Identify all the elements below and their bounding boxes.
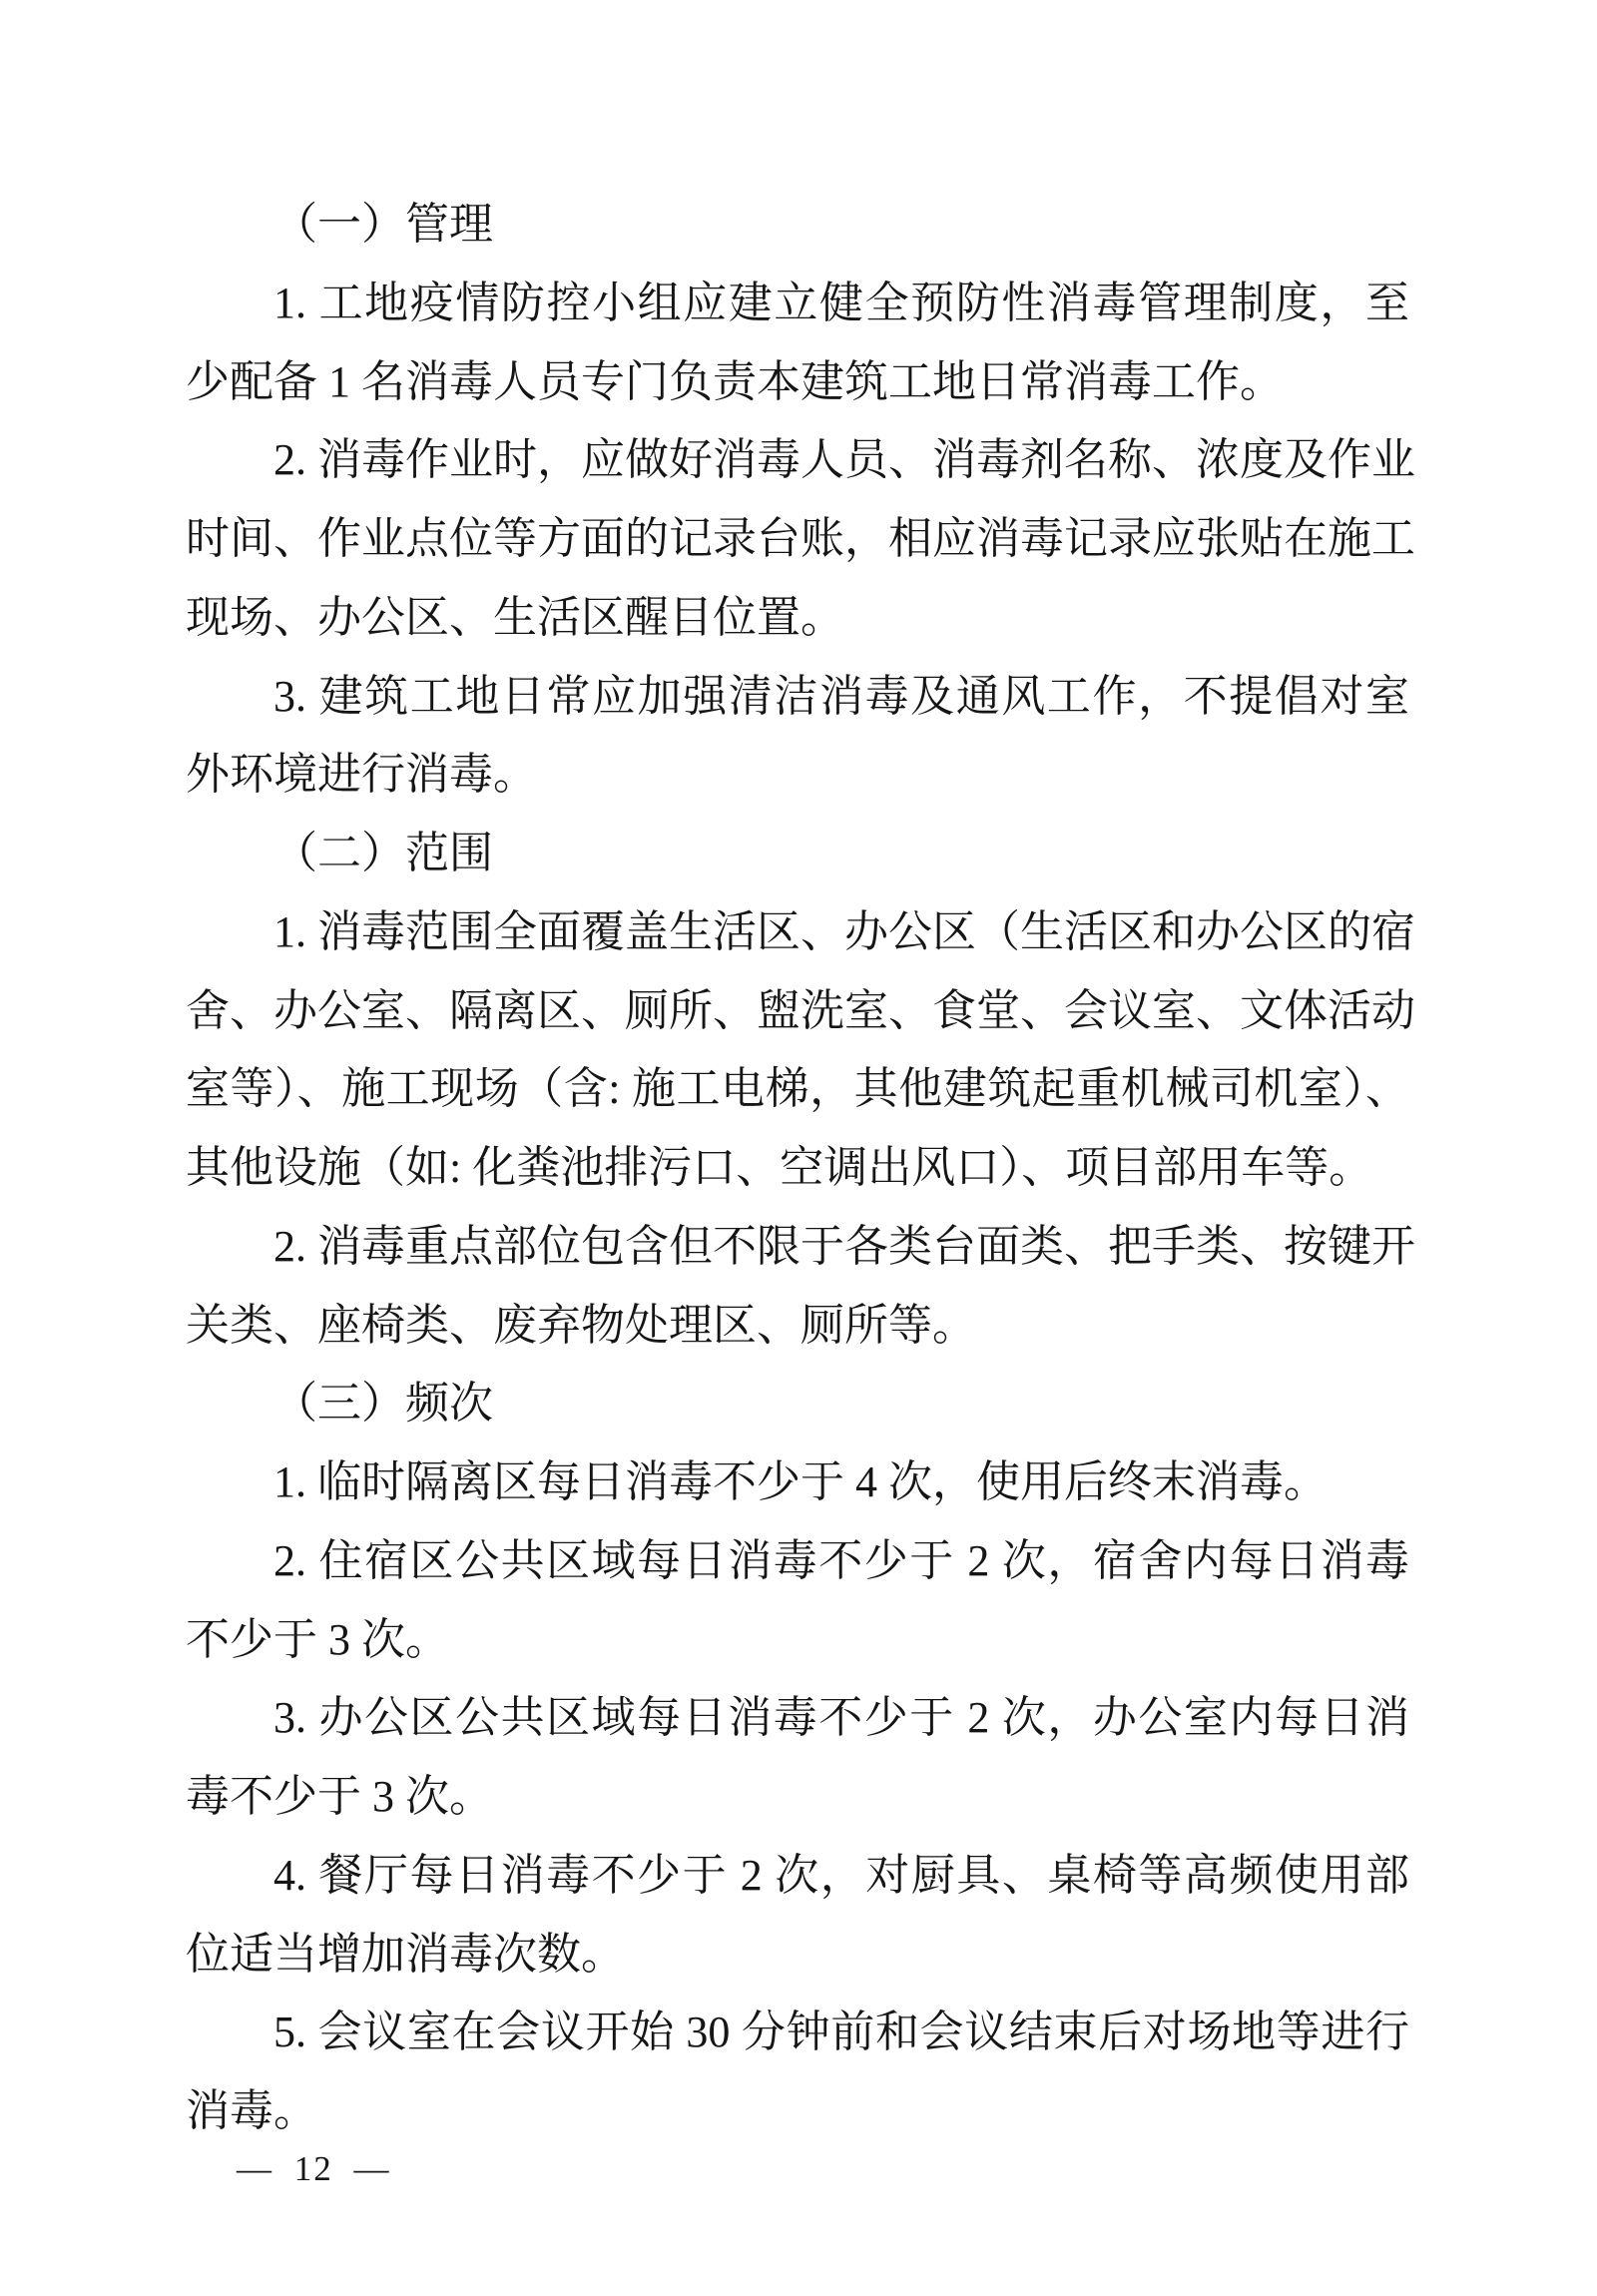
section-heading: （二）范围 [186,815,1409,893]
text-line: 时间、作业点位等方面的记录台账，相应消毒记录应张贴在施工 [186,500,1409,579]
paragraph: 4. 餐厅每日消毒不少于 2 次，对厨具、桌椅等高频使用部位适当增加消毒次数。 [186,1837,1409,1995]
text-line: 外环境进行消毒。 [186,736,1409,815]
text-line: 2. 消毒作业时，应做好消毒人员、消毒剂名称、浓度及作业 [186,421,1409,500]
text-line: 3. 办公区公共区域每日消毒不少于 2 次，办公室内每日消 [186,1679,1409,1758]
paragraph: 5. 会议室在会议开始 30 分钟前和会议结束后对场地等进行消毒。 [186,1994,1409,2151]
paragraph: 1. 临时隔离区每日消毒不少于 4 次，使用后终末消毒。 [186,1443,1409,1522]
text-line: 4. 餐厅每日消毒不少于 2 次，对厨具、桌椅等高频使用部 [186,1837,1409,1916]
paragraph: 3. 办公区公共区域每日消毒不少于 2 次，办公室内每日消毒不少于 3 次。 [186,1679,1409,1837]
text-line: 室等）、施工现场（含: 施工电梯，其他建筑起重机械司机室）、 [186,1050,1409,1129]
text-line: 1. 消毒范围全面覆盖生活区、办公区（生活区和办公区的宿 [186,893,1409,972]
text-line: 舍、办公室、隔离区、厕所、盥洗室、食堂、会议室、文体活动 [186,972,1409,1051]
text-line: 1. 临时隔离区每日消毒不少于 4 次，使用后终末消毒。 [186,1443,1409,1522]
text-line: 2. 消毒重点部位包含但不限于各类台面类、把手类、按键开 [186,1208,1409,1287]
document-content: （一）管理1. 工地疫情防控小组应建立健全预防性消毒管理制度，至少配备 1 名消… [186,186,1409,2151]
paragraph: 3. 建筑工地日常应加强清洁消毒及通风工作，不提倡对室外环境进行消毒。 [186,658,1409,816]
text-line: 2. 住宿区公共区域每日消毒不少于 2 次，宿舍内每日消毒 [186,1522,1409,1601]
text-line: 5. 会议室在会议开始 30 分钟前和会议结束后对场地等进行 [186,1994,1409,2072]
paragraph: 2. 住宿区公共区域每日消毒不少于 2 次，宿舍内每日消毒不少于 3 次。 [186,1522,1409,1680]
text-line: 关类、座椅类、废弃物处理区、厕所等。 [186,1287,1409,1366]
paragraph: 2. 消毒重点部位包含但不限于各类台面类、把手类、按键开关类、座椅类、废弃物处理… [186,1208,1409,1366]
page-number: — 12 — [237,2146,391,2192]
text-line: 其他设施（如: 化粪池排污口、空调出风口）、项目部用车等。 [186,1129,1409,1208]
paragraph: 1. 工地疫情防控小组应建立健全预防性消毒管理制度，至少配备 1 名消毒人员专门… [186,265,1409,422]
document-page: （一）管理1. 工地疫情防控小组应建立健全预防性消毒管理制度，至少配备 1 名消… [0,0,1597,2296]
text-line: 3. 建筑工地日常应加强清洁消毒及通风工作，不提倡对室 [186,658,1409,737]
section-heading: （三）频次 [186,1365,1409,1443]
text-line: 少配备 1 名消毒人员专门负责本建筑工地日常消毒工作。 [186,343,1409,422]
text-line: 1. 工地疫情防控小组应建立健全预防性消毒管理制度，至 [186,265,1409,343]
text-line: 毒不少于 3 次。 [186,1758,1409,1837]
paragraph: 2. 消毒作业时，应做好消毒人员、消毒剂名称、浓度及作业时间、作业点位等方面的记… [186,421,1409,657]
text-line: 消毒。 [186,2072,1409,2151]
section-heading: （一）管理 [186,186,1409,265]
text-line: 现场、办公区、生活区醒目位置。 [186,579,1409,658]
paragraph: 1. 消毒范围全面覆盖生活区、办公区（生活区和办公区的宿舍、办公室、隔离区、厕所… [186,893,1409,1208]
text-line: 位适当增加消毒次数。 [186,1916,1409,1995]
text-line: 不少于 3 次。 [186,1601,1409,1680]
